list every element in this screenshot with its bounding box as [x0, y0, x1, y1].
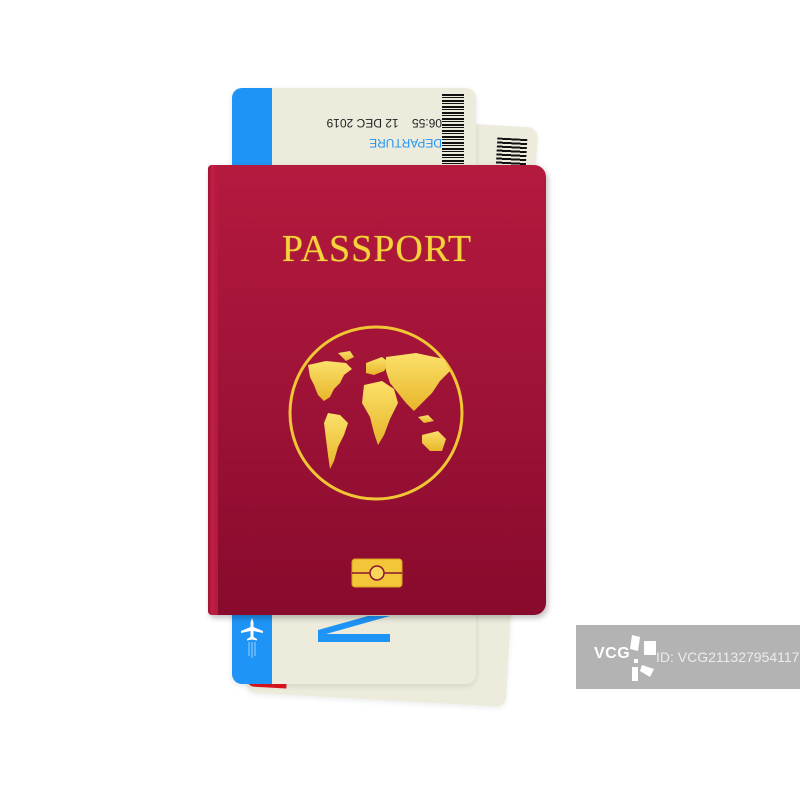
departure-date: 12 DEC 2019	[327, 116, 399, 130]
departure-time-date: 06:55 12 DEC 2019	[312, 116, 442, 130]
passport: PASSPORT	[208, 165, 546, 615]
ticket-info: DEPARTURE 06:55 12 DEC 2019	[312, 116, 442, 150]
airplane-icon	[240, 618, 264, 658]
departure-time: 06:55	[412, 116, 442, 130]
watermark-id: ID: VCG211327954117	[656, 649, 799, 665]
world-globe-icon	[286, 323, 466, 503]
departure-label: DEPARTURE	[312, 136, 442, 150]
watermark-badge: VCG ID: VCG211327954117	[576, 625, 800, 689]
passport-title: PASSPORT	[208, 227, 546, 271]
barcode-icon	[442, 94, 464, 166]
ticket-stripe-mark	[318, 616, 390, 642]
biometric-chip-icon	[351, 558, 403, 588]
vcg-logo: VCG	[594, 645, 630, 663]
